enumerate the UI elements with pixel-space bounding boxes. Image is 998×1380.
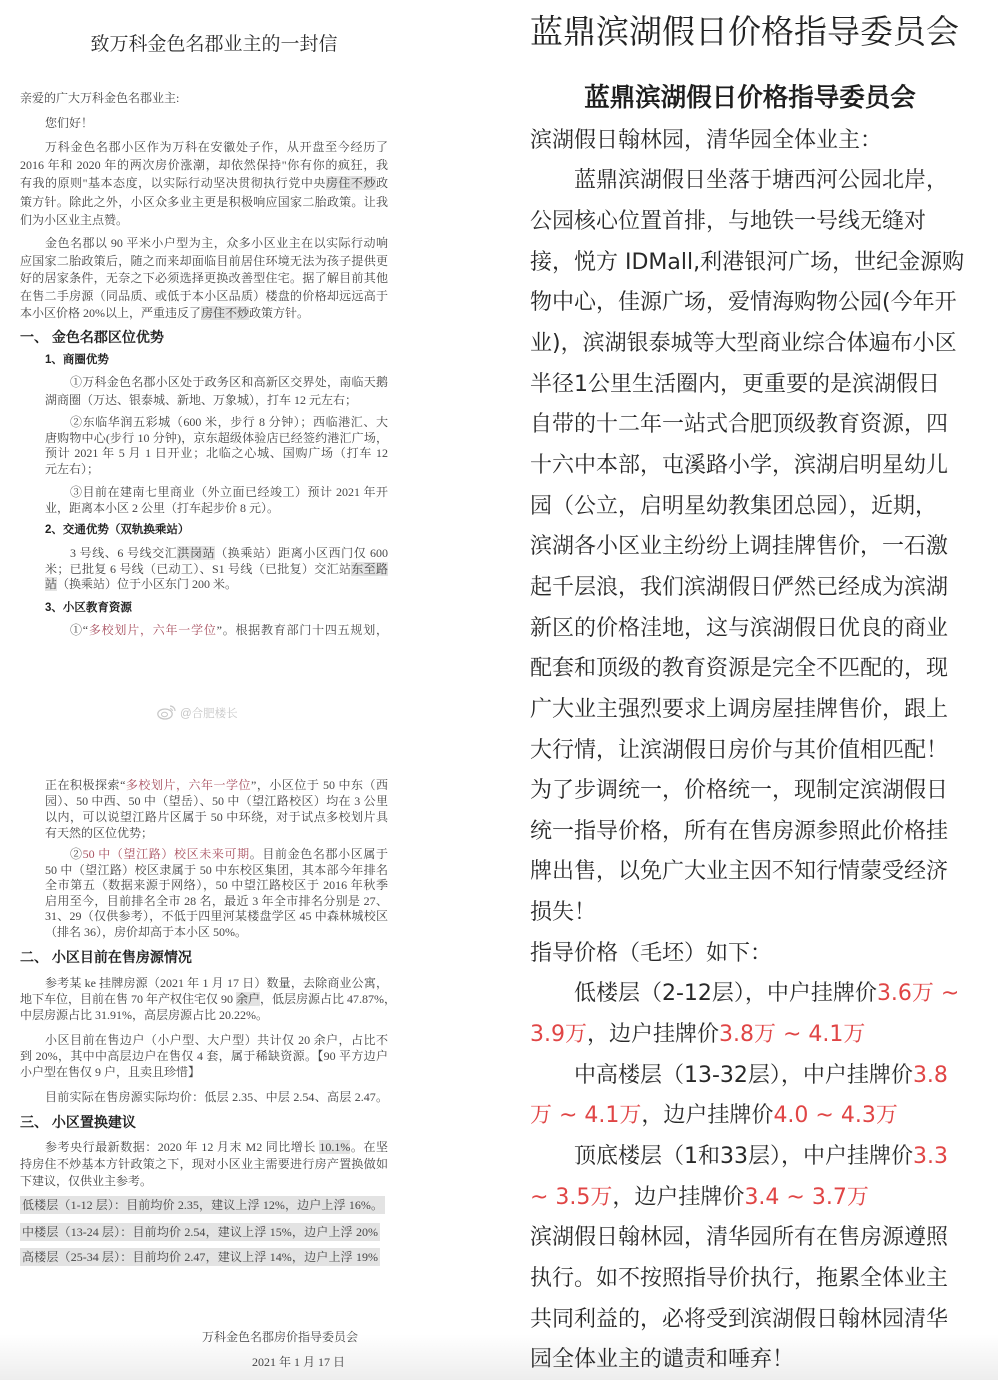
body-line: 十六中本部，屯溪路小学，滨湖启明星幼儿: [530, 446, 964, 487]
price-value: ~ 3.5万: [530, 1185, 612, 1210]
text-segment: ，边户挂牌价: [641, 1103, 773, 1128]
body-line: 广大业主强烈要求上调房屋挂牌售价，跟上: [530, 690, 964, 731]
body-line: 滨湖各小区业主纷纷上调挂牌售价，一石激: [530, 527, 964, 568]
body-line: 自带的十二年一站式合肥顶级教育资源，四: [530, 405, 964, 446]
body-line: 起千层浪，我们滨湖假日俨然已经成为滨湖: [530, 568, 964, 609]
body-line: 业)，滨湖银泰城等大型商业综合体遍布小区: [530, 324, 964, 365]
body-line: 大行情，让滨湖假日房价与其价值相匹配！: [530, 731, 964, 772]
document-canvas: 致万科金色名郡业主的一封信 亲爱的广大万科金色名郡业主: 您们好！ 万科金色名郡…: [0, 0, 998, 1380]
price-line-low-floor: 低楼层（2-12层），中户挂牌价3.6万 ~: [530, 974, 964, 1015]
body-line: 园（公立，启明星幼教集团总园），近期，: [530, 487, 964, 528]
body-line: 物中心，佳源广场，爱情海购物公园(今年开: [530, 283, 964, 324]
price-value: 4.0 ~ 4.3万: [773, 1103, 897, 1128]
body-line: 新区的价格洼地，这与滨湖假日优良的商业: [530, 609, 964, 650]
closing-line: 滨湖假日翰林园，清华园所有在售房源遵照: [530, 1218, 964, 1259]
text-segment: ，边户挂牌价: [587, 1022, 719, 1047]
price-heading: 指导价格（毛坯）如下：: [530, 934, 964, 975]
price-line-top-bottom-floor: 顶底楼层（1和33层），中户挂牌价3.3: [530, 1137, 964, 1178]
salutation: 滨湖假日翰林园，清华园全体业主：: [530, 121, 964, 162]
body-line: 损失！: [530, 893, 964, 934]
body-line: 统一指导价格，所有在售房源参照此价格挂: [530, 812, 964, 853]
right-letter: 蓝鼎滨湖假日价格指导委员会 蓝鼎滨湖假日价格指导委员会 滨湖假日翰林园，清华园全…: [0, 0, 998, 1380]
body-line: 牌出售，以免广大业主因不知行情蒙受经济: [530, 852, 964, 893]
body-line: 配套和顶级的教育资源是完全不匹配的，现: [530, 649, 964, 690]
body-line: 为了步调统一，价格统一，现制定滨湖假日: [530, 771, 964, 812]
body-line: 接，悦方 IDMall,利港银河广场，世纪金源购: [530, 243, 964, 284]
body-line: 公园核心位置首排，与地铁一号线无缝对: [530, 202, 964, 243]
price-value: 3.6万 ~: [877, 981, 959, 1006]
body-line: 半径1公里生活圈内，更重要的是滨湖假日: [530, 365, 964, 406]
closing-line: 执行。如不按照指导价执行，拖累全体业主: [530, 1259, 964, 1300]
price-value: 3.4 ~ 3.7万: [744, 1185, 868, 1210]
price-value: 3.3: [913, 1144, 948, 1169]
body-line: 蓝鼎滨湖假日坐落于塘西河公园北岸，: [530, 161, 964, 202]
text-segment: 中高楼层（13-32层），中户挂牌价: [574, 1063, 913, 1088]
price-value: 万 ~ 4.1万: [530, 1103, 641, 1128]
price-line-mid-high-floor-cont: 万 ~ 4.1万，边户挂牌价4.0 ~ 4.3万: [530, 1096, 964, 1137]
closing-line: 园全体业主的谴责和唾弃！: [530, 1340, 964, 1380]
header-title: 蓝鼎滨湖假日价格指导委员会: [530, 12, 959, 52]
price-line-low-floor-cont: 3.9万，边户挂牌价3.8万 ~ 4.1万: [530, 1015, 964, 1056]
letter-body: 滨湖假日翰林园，清华园全体业主： 蓝鼎滨湖假日坐落于塘西河公园北岸， 公园核心位…: [530, 121, 964, 1380]
text-segment: ，边户挂牌价: [612, 1185, 744, 1210]
text-segment: 低楼层（2-12层），中户挂牌价: [574, 981, 877, 1006]
price-value: 3.8: [913, 1063, 948, 1088]
price-value: 3.9万: [530, 1022, 587, 1047]
price-value: 3.8万 ~ 4.1万: [719, 1022, 865, 1047]
price-line-mid-high-floor: 中高楼层（13-32层），中户挂牌价3.8: [530, 1056, 964, 1097]
letter-title: 蓝鼎滨湖假日价格指导委员会: [530, 83, 970, 113]
closing-line: 共同利益的，必将受到滨湖假日翰林园清华: [530, 1300, 964, 1341]
text-segment: 顶底楼层（1和33层），中户挂牌价: [574, 1144, 913, 1169]
price-line-top-bottom-floor-cont: ~ 3.5万，边户挂牌价3.4 ~ 3.7万: [530, 1178, 964, 1219]
